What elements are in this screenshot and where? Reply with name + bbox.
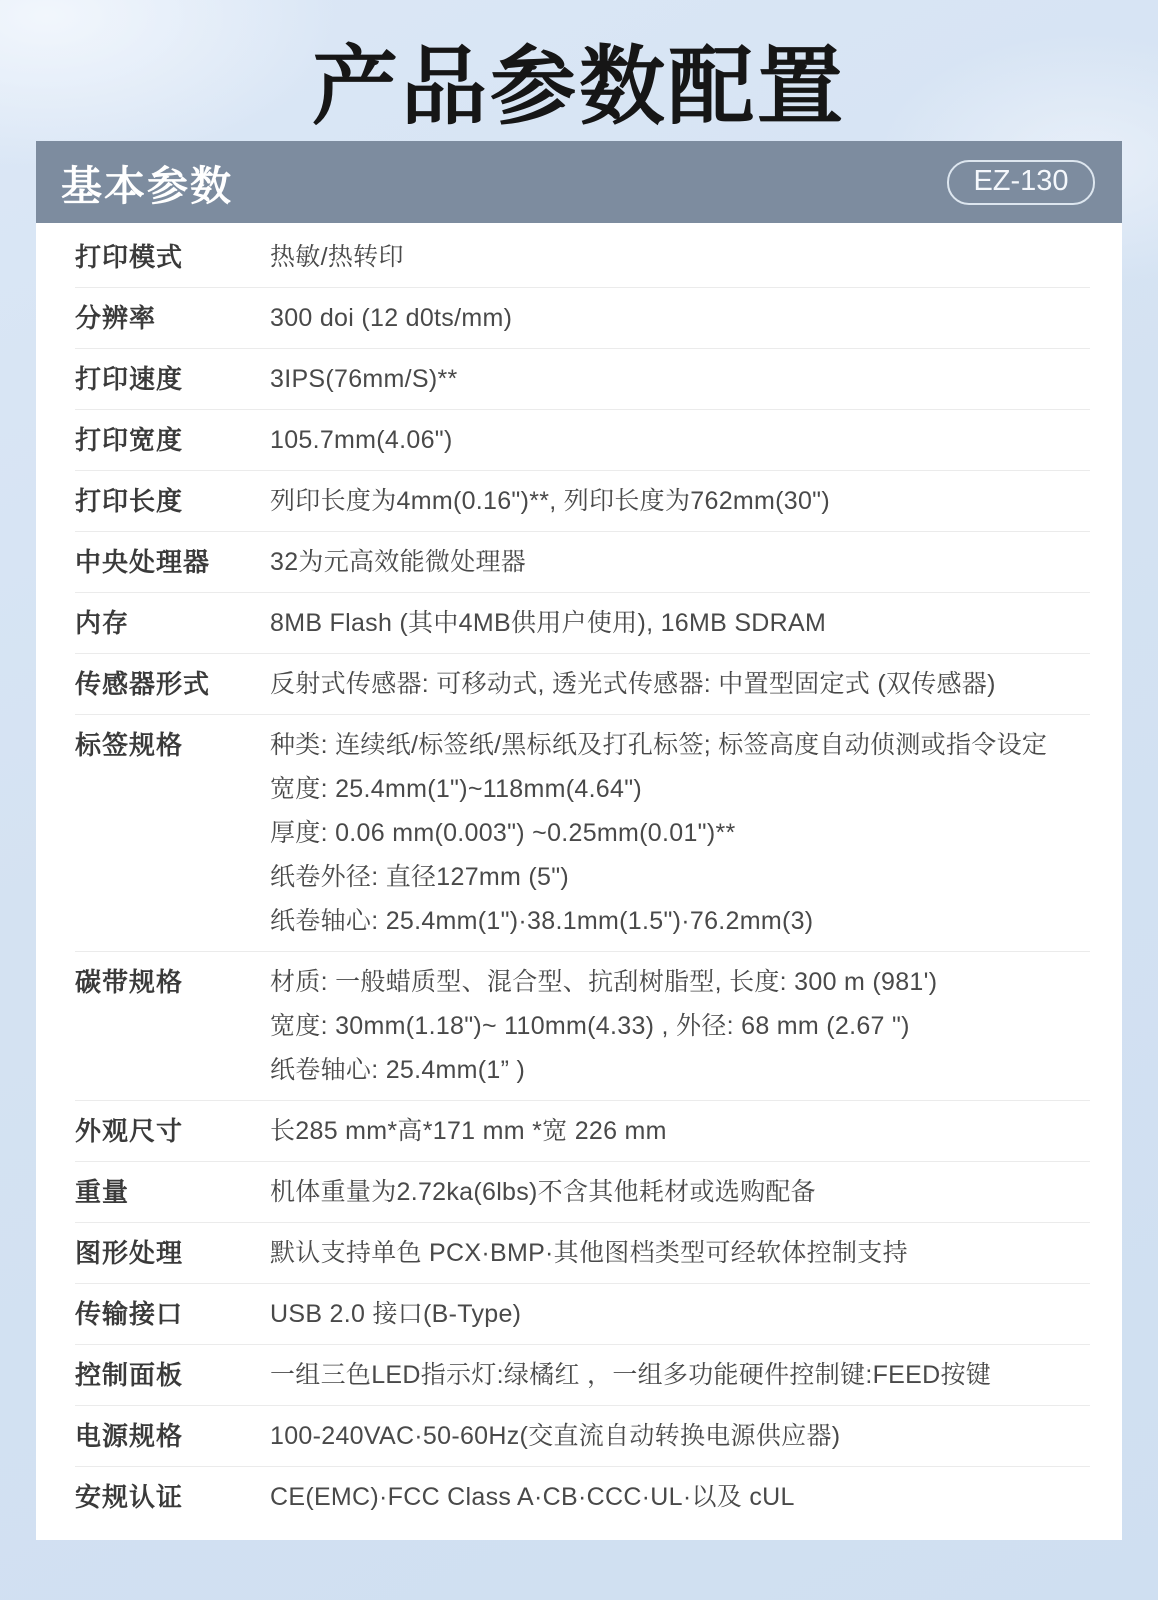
spec-value-line: 材质: 一般蜡质型、混合型、抗刮树脂型, 长度: 300 m (981') bbox=[270, 960, 1090, 1004]
spec-row: 打印模式 热敏/热转印 bbox=[75, 227, 1090, 288]
page-background: 产品参数配置 基本参数 EZ-130 打印模式 热敏/热转印 分辨率 300 d… bbox=[0, 0, 1158, 1540]
spec-row-value: 种类: 连续纸/标签纸/黑标纸及打孔标签; 标签高度自动侦测或指令设定宽度: 2… bbox=[270, 723, 1090, 943]
spec-row: 传感器形式 反射式传感器: 可移动式, 透光式传感器: 中置型固定式 (双传感器… bbox=[75, 654, 1090, 715]
spec-row-label: 中央处理器 bbox=[75, 540, 270, 584]
spec-row-label: 传感器形式 bbox=[75, 662, 270, 706]
spec-row-label: 标签规格 bbox=[75, 723, 270, 943]
spec-row-label: 图形处理 bbox=[75, 1231, 270, 1275]
spec-value-line: 默认支持单色 PCX·BMP·其他图档类型可经软体控制支持 bbox=[270, 1231, 1090, 1275]
spec-row: 内存 8MB Flash (其中4MB供用户使用), 16MB SDRAM bbox=[75, 593, 1090, 654]
spec-row: 外观尺寸 长285 mm*高*171 mm *宽 226 mm bbox=[75, 1101, 1090, 1162]
panel-section-title: 基本参数 bbox=[61, 153, 233, 212]
spec-value-line: 列印长度为4mm(0.16")**, 列印长度为762mm(30") bbox=[270, 479, 1090, 523]
spec-row-label: 打印速度 bbox=[75, 357, 270, 401]
spec-row: 打印速度 3IPS(76mm/S)** bbox=[75, 349, 1090, 410]
spec-row-value: 100-240VAC·50-60Hz(交直流自动转换电源供应器) bbox=[270, 1414, 1090, 1458]
panel-header: 基本参数 EZ-130 bbox=[36, 141, 1122, 223]
spec-value-line: 纸卷外径: 直径127mm (5") bbox=[270, 855, 1090, 899]
model-badge: EZ-130 bbox=[947, 160, 1095, 205]
spec-row-value: 列印长度为4mm(0.16")**, 列印长度为762mm(30") bbox=[270, 479, 1090, 523]
spec-row-value: 长285 mm*高*171 mm *宽 226 mm bbox=[270, 1109, 1090, 1153]
spec-row: 图形处理 默认支持单色 PCX·BMP·其他图档类型可经软体控制支持 bbox=[75, 1223, 1090, 1284]
spec-row-label: 打印模式 bbox=[75, 235, 270, 279]
spec-row-label: 碳带规格 bbox=[75, 960, 270, 1092]
spec-row-value: 105.7mm(4.06") bbox=[270, 418, 1090, 462]
spec-row: 电源规格 100-240VAC·50-60Hz(交直流自动转换电源供应器) bbox=[75, 1406, 1090, 1467]
spec-value-line: 宽度: 25.4mm(1")~118mm(4.64") bbox=[270, 767, 1090, 811]
spec-row-label: 打印宽度 bbox=[75, 418, 270, 462]
spec-row-label: 安规认证 bbox=[75, 1475, 270, 1519]
spec-row-label: 传输接口 bbox=[75, 1292, 270, 1336]
spec-row-label: 重量 bbox=[75, 1170, 270, 1214]
spec-table: 打印模式 热敏/热转印 分辨率 300 doi (12 d0ts/mm) 打印速… bbox=[36, 223, 1122, 1540]
spec-row: 打印长度 列印长度为4mm(0.16")**, 列印长度为762mm(30") bbox=[75, 471, 1090, 532]
spec-value-line: 一组三色LED指示灯:绿橘红 ，一组多功能硬件控制键:FEED按键 bbox=[270, 1353, 1090, 1397]
spec-row-value: 3IPS(76mm/S)** bbox=[270, 357, 1090, 401]
spec-value-line: 8MB Flash (其中4MB供用户使用), 16MB SDRAM bbox=[270, 601, 1090, 645]
spec-row: 打印宽度 105.7mm(4.06") bbox=[75, 410, 1090, 471]
spec-row-label: 控制面板 bbox=[75, 1353, 270, 1397]
spec-row-value: 32为元高效能微处理器 bbox=[270, 540, 1090, 584]
spec-value-line: 32为元高效能微处理器 bbox=[270, 540, 1090, 584]
spec-value-line: 种类: 连续纸/标签纸/黑标纸及打孔标签; 标签高度自动侦测或指令设定 bbox=[270, 723, 1090, 767]
spec-row-label: 内存 bbox=[75, 601, 270, 645]
spec-row-label: 分辨率 bbox=[75, 296, 270, 340]
spec-row-value: 默认支持单色 PCX·BMP·其他图档类型可经软体控制支持 bbox=[270, 1231, 1090, 1275]
spec-row-value: USB 2.0 接口(B-Type) bbox=[270, 1292, 1090, 1336]
spec-row-value: 材质: 一般蜡质型、混合型、抗刮树脂型, 长度: 300 m (981')宽度:… bbox=[270, 960, 1090, 1092]
spec-row-value: 反射式传感器: 可移动式, 透光式传感器: 中置型固定式 (双传感器) bbox=[270, 662, 1090, 706]
spec-row: 中央处理器 32为元高效能微处理器 bbox=[75, 532, 1090, 593]
spec-row-label: 打印长度 bbox=[75, 479, 270, 523]
spec-row: 重量 机体重量为2.72ka(6lbs)不含其他耗材或选购配备 bbox=[75, 1162, 1090, 1223]
spec-panel: 基本参数 EZ-130 打印模式 热敏/热转印 分辨率 300 doi (12 … bbox=[36, 141, 1122, 1540]
spec-row-label: 外观尺寸 bbox=[75, 1109, 270, 1153]
spec-value-line: 反射式传感器: 可移动式, 透光式传感器: 中置型固定式 (双传感器) bbox=[270, 662, 1090, 706]
spec-value-line: 长285 mm*高*171 mm *宽 226 mm bbox=[270, 1109, 1090, 1153]
spec-value-line: CE(EMC)·FCC Class A·CB·CCC·UL·以及 cUL bbox=[270, 1475, 1090, 1519]
spec-value-line: 300 doi (12 d0ts/mm) bbox=[270, 296, 1090, 340]
spec-row-value: 热敏/热转印 bbox=[270, 235, 1090, 279]
spec-value-line: 热敏/热转印 bbox=[270, 235, 1090, 279]
spec-value-line: 105.7mm(4.06") bbox=[270, 418, 1090, 462]
spec-row-label: 电源规格 bbox=[75, 1414, 270, 1458]
spec-value-line: 纸卷轴心: 25.4mm(1” ) bbox=[270, 1048, 1090, 1092]
spec-value-line: 机体重量为2.72ka(6lbs)不含其他耗材或选购配备 bbox=[270, 1170, 1090, 1214]
spec-row: 传输接口 USB 2.0 接口(B-Type) bbox=[75, 1284, 1090, 1345]
spec-row-value: 300 doi (12 d0ts/mm) bbox=[270, 296, 1090, 340]
spec-row: 碳带规格 材质: 一般蜡质型、混合型、抗刮树脂型, 长度: 300 m (981… bbox=[75, 952, 1090, 1101]
spec-row: 标签规格 种类: 连续纸/标签纸/黑标纸及打孔标签; 标签高度自动侦测或指令设定… bbox=[75, 715, 1090, 952]
spec-row-value: 机体重量为2.72ka(6lbs)不含其他耗材或选购配备 bbox=[270, 1170, 1090, 1214]
spec-value-line: 厚度: 0.06 mm(0.003") ~0.25mm(0.01")** bbox=[270, 811, 1090, 855]
spec-row-value: CE(EMC)·FCC Class A·CB·CCC·UL·以及 cUL bbox=[270, 1475, 1090, 1519]
spec-value-line: 3IPS(76mm/S)** bbox=[270, 357, 1090, 401]
spec-row: 安规认证 CE(EMC)·FCC Class A·CB·CCC·UL·以及 cU… bbox=[75, 1467, 1090, 1527]
spec-row-value: 8MB Flash (其中4MB供用户使用), 16MB SDRAM bbox=[270, 601, 1090, 645]
spec-value-line: USB 2.0 接口(B-Type) bbox=[270, 1292, 1090, 1336]
spec-value-line: 纸卷轴心: 25.4mm(1")·38.1mm(1.5")·76.2mm(3) bbox=[270, 899, 1090, 943]
spec-row: 控制面板 一组三色LED指示灯:绿橘红 ，一组多功能硬件控制键:FEED按键 bbox=[75, 1345, 1090, 1406]
page-title: 产品参数配置 bbox=[0, 0, 1158, 141]
spec-value-line: 宽度: 30mm(1.18")~ 110mm(4.33) , 外径: 68 mm… bbox=[270, 1004, 1090, 1048]
spec-row-value: 一组三色LED指示灯:绿橘红 ，一组多功能硬件控制键:FEED按键 bbox=[270, 1353, 1090, 1397]
spec-value-line: 100-240VAC·50-60Hz(交直流自动转换电源供应器) bbox=[270, 1414, 1090, 1458]
spec-row: 分辨率 300 doi (12 d0ts/mm) bbox=[75, 288, 1090, 349]
